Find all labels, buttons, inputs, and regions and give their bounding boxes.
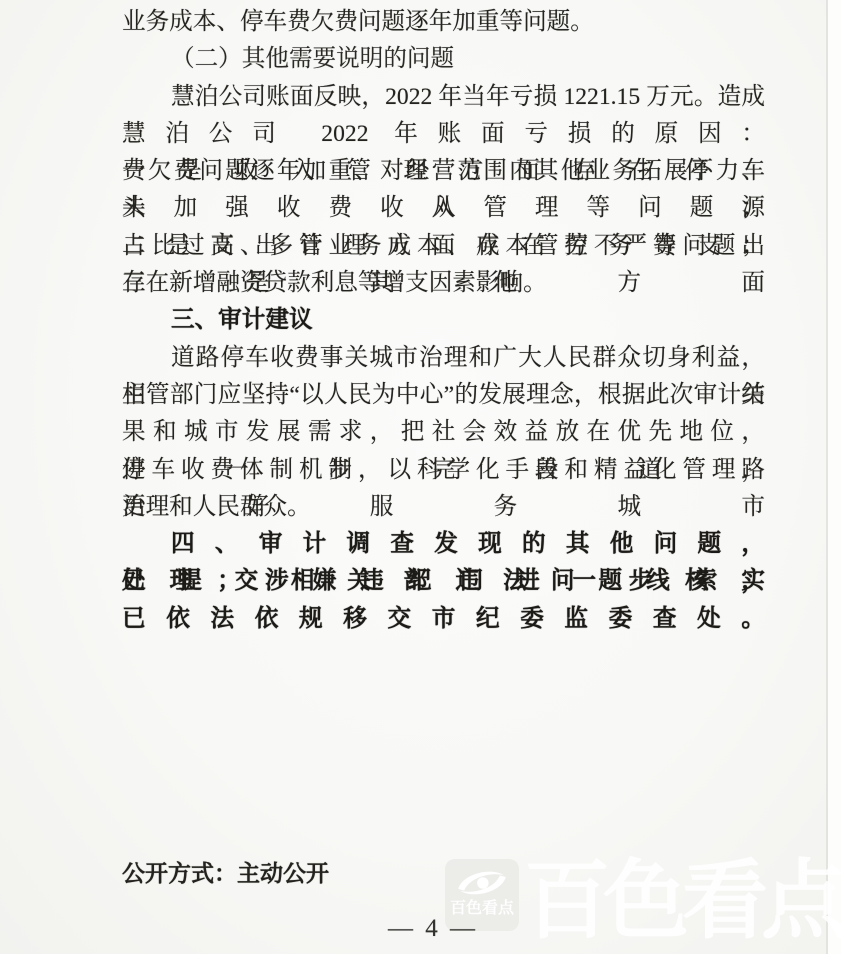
body-line: 头加强收费收入管理等问题；二是支出管理方面存在劳务费支出 — [122, 190, 765, 227]
body-line: 停车收费体制机制，以科学化手段和精益化管理，更好服务城市 — [122, 452, 765, 489]
body-line: 主管部门应坚持“以人民为中心”的发展理念，根据此次审计结 — [122, 377, 765, 414]
scan-edge-line — [826, 0, 828, 954]
swirl-eye-icon — [454, 859, 510, 900]
body-line: 占比过高、多计业务成本、成本管控不严等问题；三是其他方面 — [122, 228, 765, 265]
body-line: 业务成本、停车费欠费问题逐年加重等问题。 — [122, 4, 765, 41]
body-line: 慧泊公司账面反映，2022 年当年亏损 1221.15 万元。造成 — [122, 79, 765, 116]
page-number: — 4 — — [388, 915, 478, 943]
section-heading: 三、审计建议 — [122, 302, 765, 339]
publish-method-label: 公开方式：主动公开 — [122, 855, 329, 888]
document-page: 业务成本、停车费欠费问题逐年加重等问题。 （二）其他需要说明的问题 慧泊公司账面… — [0, 0, 841, 954]
body-line: 费欠费问题逐年加重、对经营范围内其他业务拓展不力、未从源 — [122, 153, 765, 190]
watermark-big-text: 百色看点 — [524, 853, 840, 949]
scan-edge-strip — [828, 0, 841, 954]
body-line: 果和城市发展需求，把社会效益放在优先地位，进一步完善道路 — [122, 414, 765, 451]
section-heading-line: 处理；涉嫌违纪违法问题线索，已依法依规移交市纪委监委查处。 — [122, 563, 765, 600]
body-line: 道路停车收费事关城市治理和广大人民群众切身利益，相关 — [122, 340, 765, 377]
body-line: 慧泊公司 2022 年账面亏损的原因：一是收入管理方面存在停车 — [122, 116, 765, 153]
section-heading-line: 四、审计调查发现的其他问题，已提交相关部门进一步核实 — [122, 526, 765, 563]
document-body: 业务成本、停车费欠费问题逐年加重等问题。 （二）其他需要说明的问题 慧泊公司账面… — [122, 4, 765, 601]
subsection-heading: （二）其他需要说明的问题 — [122, 41, 765, 78]
